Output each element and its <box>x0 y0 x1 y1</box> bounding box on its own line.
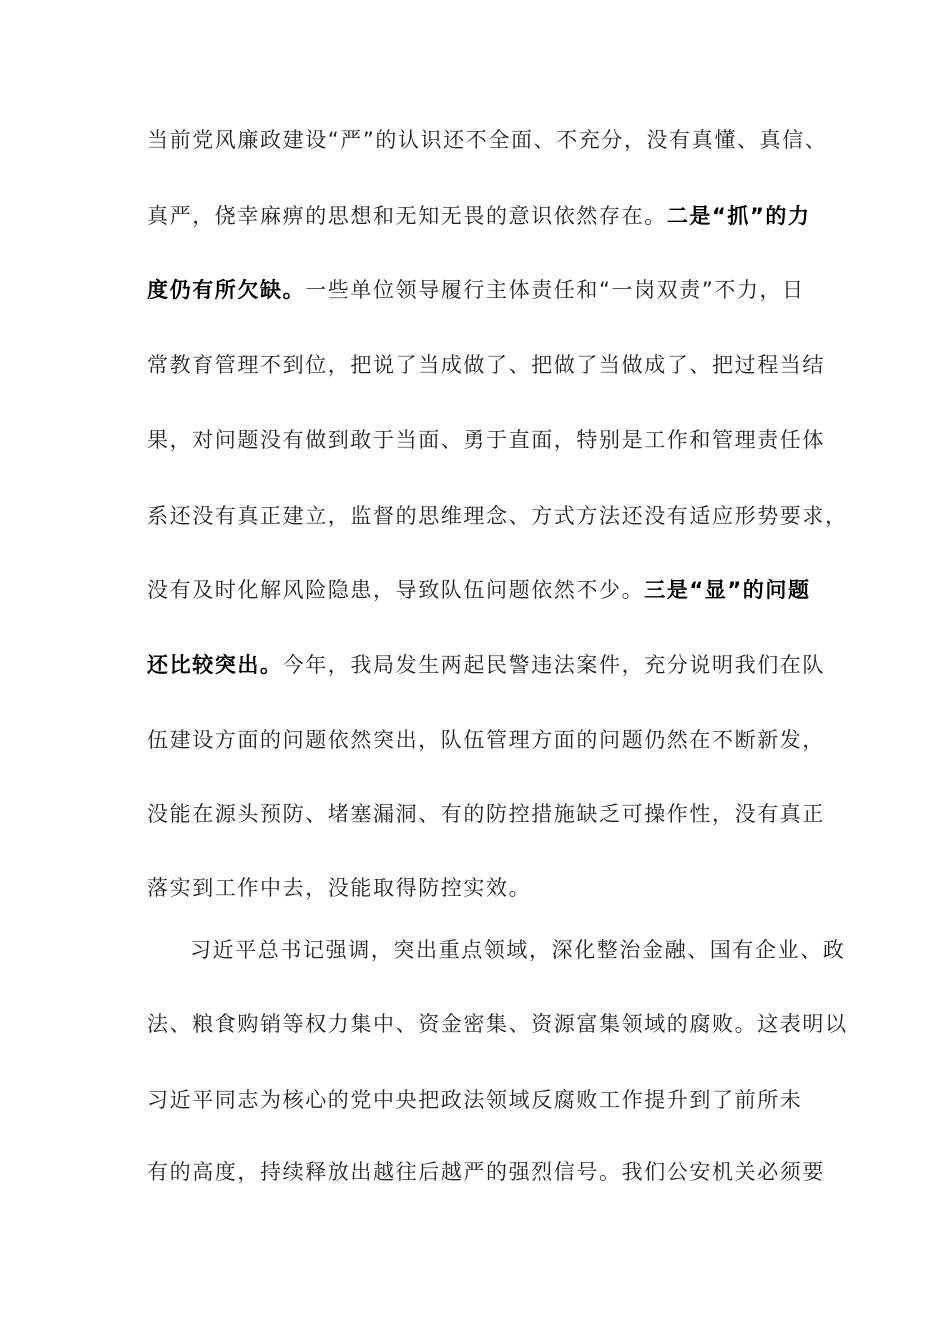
text-segment: 没有及时化解风险隐患，导致队伍问题依然不少。 <box>147 578 644 602</box>
text-segment: 伍建设方面的问题依然突出，队伍管理方面的问题仍然在不断新发， <box>147 728 825 752</box>
bold-heading-segment: 三是“显”的问题 <box>644 578 810 602</box>
text-segment: 真严，侥幸麻痹的思想和无知无畏的意识依然存在。 <box>147 204 667 228</box>
text-line: 习近平同志为核心的党中央把政法领域反腐败工作提升到了前所未 <box>147 1085 827 1115</box>
bold-heading-segment: 还比较突出。 <box>147 653 283 677</box>
text-segment: 常教育管理不到位，把说了当成做了、把做了当做成了、把过程当结 <box>147 353 825 377</box>
text-line: 没有及时化解风险隐患，导致队伍问题依然不少。三是“显”的问题 <box>147 575 827 605</box>
text-segment: 没能在源头预防、堵塞漏洞、有的防控措施缺乏可操作性，没有真正 <box>147 802 825 826</box>
text-segment: 法、粮食购销等权力集中、资金密集、资源富集领域的腐败。这表明以 <box>147 1012 848 1036</box>
text-line: 有的高度，持续释放出越往后越严的强烈信号。我们公安机关必须要 <box>147 1157 827 1187</box>
text-segment: 系还没有真正建立，监督的思维理念、方式方法还没有适应形势要求， <box>147 504 848 528</box>
text-segment: 今年，我局发生两起民警违法案件，充分说明我们在队 <box>283 653 825 677</box>
text-segment: 当前党风廉政建设“严”的认识还不全面、不充分，没有真懂、真信、 <box>147 128 827 152</box>
text-line: 常教育管理不到位，把说了当成做了、把做了当做成了、把过程当结 <box>147 350 827 380</box>
text-line: 伍建设方面的问题依然突出，队伍管理方面的问题仍然在不断新发， <box>147 725 827 755</box>
text-line: 真严，侥幸麻痹的思想和无知无畏的意识依然存在。二是“抓”的力 <box>147 201 827 231</box>
text-line: 没能在源头预防、堵塞漏洞、有的防控措施缺乏可操作性，没有真正 <box>147 799 827 829</box>
text-line: 系还没有真正建立，监督的思维理念、方式方法还没有适应形势要求， <box>147 501 827 531</box>
document-page: 当前党风廉政建设“严”的认识还不全面、不充分，没有真懂、真信、 真严，侥幸麻痹的… <box>0 0 950 1344</box>
bold-heading-segment: 度仍有所欠缺。 <box>147 278 305 302</box>
text-line-indented: 习近平总书记强调，突出重点领域，深化整治金融、国有企业、政 <box>190 935 830 965</box>
text-line: 当前党风廉政建设“严”的认识还不全面、不充分，没有真懂、真信、 <box>147 125 827 155</box>
text-segment: 习近平总书记强调，突出重点领域，深化整治金融、国有企业、政 <box>190 938 845 962</box>
text-segment: 落实到工作中去，没能取得防控实效。 <box>147 876 531 900</box>
text-line: 还比较突出。今年，我局发生两起民警违法案件，充分说明我们在队 <box>147 650 827 680</box>
text-segment: 有的高度，持续释放出越往后越严的强烈信号。我们公安机关必须要 <box>147 1160 825 1184</box>
text-line: 落实到工作中去，没能取得防控实效。 <box>147 873 827 903</box>
bold-heading-segment: 二是“抓”的力 <box>667 204 811 228</box>
text-segment: 一些单位领导履行主体责任和“一岗双责”不力，日 <box>305 278 805 302</box>
text-segment: 果，对问题没有做到敢于当面、勇于直面，特别是工作和管理责任体 <box>147 428 825 452</box>
text-line: 法、粮食购销等权力集中、资金密集、资源富集领域的腐败。这表明以 <box>147 1009 827 1039</box>
text-line: 果，对问题没有做到敢于当面、勇于直面，特别是工作和管理责任体 <box>147 425 827 455</box>
text-line: 度仍有所欠缺。一些单位领导履行主体责任和“一岗双责”不力，日 <box>147 275 827 305</box>
text-segment: 习近平同志为核心的党中央把政法领域反腐败工作提升到了前所未 <box>147 1088 802 1112</box>
